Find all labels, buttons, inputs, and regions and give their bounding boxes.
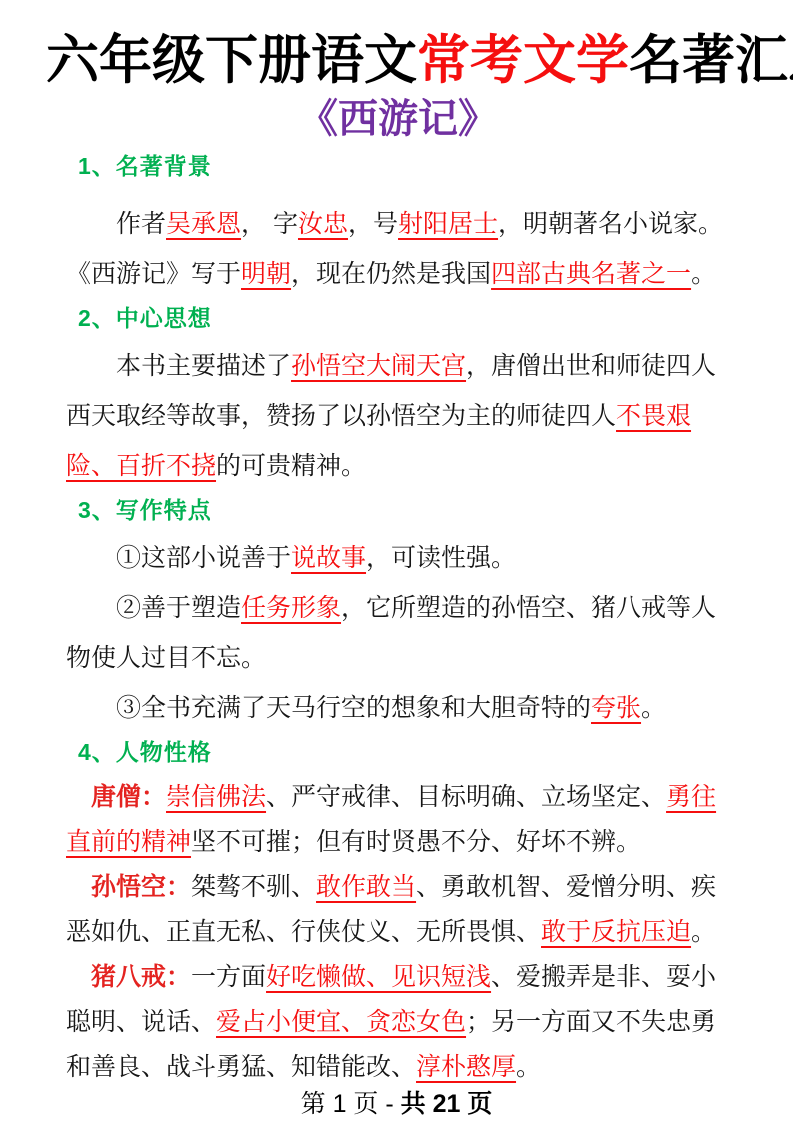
body-text: 一方面: [191, 963, 266, 991]
highlight-underline-text: 汝忠: [298, 210, 348, 238]
title-segment: 名著汇总: [629, 31, 793, 90]
footer-page-label: 第 1 页 -: [301, 1090, 401, 1118]
body-text: ，可读性强。: [366, 544, 516, 572]
body-text: 桀骜不驯、: [191, 873, 316, 901]
title-segment: 六年级下册语文: [46, 31, 417, 90]
book-title: 《西游记》: [66, 95, 730, 143]
character-name-label: 唐僧：: [91, 783, 166, 811]
section-heading: 3、写作特点: [78, 495, 730, 525]
paragraph: 作者吴承恩， 字汝忠，号射阳居士，明朝著名小说家。《西游记》写于明朝，现在仍然是…: [66, 199, 730, 299]
body-text: ①这部小说善于: [116, 544, 291, 572]
worksheet-page: 六年级下册语文常考文学名著汇总 《西游记》 1、名著背景作者吴承恩， 字汝忠，号…: [0, 0, 793, 1122]
body-text: ②善于塑造: [116, 594, 241, 622]
body-text: 的可贵精神。: [216, 452, 366, 480]
section-heading: 1、名著背景: [78, 151, 730, 181]
character-name-label: 猪八戒：: [91, 963, 191, 991]
body-text: ，现在仍然是我国: [291, 260, 491, 288]
highlight-underline-text: 吴承恩: [166, 210, 241, 238]
body-text: ， 字: [241, 210, 298, 238]
paragraph: ①这部小说善于说故事，可读性强。: [66, 533, 730, 583]
highlight-underline-text: 爱占小便宜、贪恋女色: [216, 1008, 466, 1036]
paragraph: 猪八戒：一方面好吃懒做、见识短浅、爱搬弄是非、耍小聪明、说话、爱占小便宜、贪恋女…: [66, 955, 730, 1090]
body-text: 坚不可摧；但有时贤愚不分、好坏不辨。: [191, 828, 641, 856]
highlight-underline-text: 任务形象: [241, 594, 341, 622]
highlight-underline-text: 明朝: [241, 260, 291, 288]
character-name-label: 孙悟空：: [91, 873, 191, 901]
highlight-underline-text: 敢作敢当: [316, 873, 416, 901]
paragraph: ②善于塑造任务形象，它所塑造的孙悟空、猪八戒等人物使人过目不忘。: [66, 583, 730, 683]
section-heading: 4、人物性格: [78, 737, 730, 767]
footer-total-label: 共 21 页: [401, 1090, 493, 1118]
highlight-underline-text: 孙悟空大闹天宫: [291, 352, 466, 380]
title-segment: 常考文学: [417, 31, 629, 90]
highlight-underline-text: 好吃懒做、见识短浅: [266, 963, 491, 991]
sections-container: 1、名著背景作者吴承恩， 字汝忠，号射阳居士，明朝著名小说家。《西游记》写于明朝…: [66, 151, 730, 1090]
body-text: 。: [691, 260, 716, 288]
highlight-underline-text: 四部古典名著之一: [491, 260, 691, 288]
body-text: 。: [691, 918, 716, 946]
section-heading: 2、中心思想: [78, 303, 730, 333]
section: 2、中心思想本书主要描述了孙悟空大闹天宫，唐僧出世和师徒四人西天取经等故事，赞扬…: [66, 303, 730, 491]
body-text: 作者: [116, 210, 166, 238]
paragraph: 唐僧：崇信佛法、严守戒律、目标明确、立场坚定、勇往直前的精神坚不可摧；但有时贤愚…: [66, 775, 730, 865]
section: 4、人物性格唐僧：崇信佛法、严守戒律、目标明确、立场坚定、勇往直前的精神坚不可摧…: [66, 737, 730, 1090]
section: 1、名著背景作者吴承恩， 字汝忠，号射阳居士，明朝著名小说家。《西游记》写于明朝…: [66, 151, 730, 299]
paragraph: 孙悟空：桀骜不驯、敢作敢当、勇敢机智、爱憎分明、疾恶如仇、正直无私、行侠仗义、无…: [66, 865, 730, 955]
paragraph: ③全书充满了天马行空的想象和大胆奇特的夸张。: [66, 683, 730, 733]
paragraph: 本书主要描述了孙悟空大闹天宫，唐僧出世和师徒四人西天取经等故事，赞扬了以孙悟空为…: [66, 341, 730, 491]
highlight-underline-text: 射阳居士: [398, 210, 498, 238]
highlight-underline-text: 说故事: [291, 544, 366, 572]
body-text: 、严守戒律、目标明确、立场坚定、: [266, 783, 666, 811]
highlight-underline-text: 崇信佛法: [166, 783, 266, 811]
highlight-underline-text: 夸张: [591, 694, 641, 722]
section: 3、写作特点①这部小说善于说故事，可读性强。②善于塑造任务形象，它所塑造的孙悟空…: [66, 495, 730, 733]
body-text: 。: [641, 694, 666, 722]
body-text: 。: [516, 1053, 541, 1081]
page-title: 六年级下册语文常考文学名著汇总: [46, 30, 750, 91]
highlight-underline-text: 淳朴憨厚: [416, 1053, 516, 1081]
highlight-underline-text: 敢于反抗压迫: [541, 918, 691, 946]
body-text: 本书主要描述了: [116, 352, 291, 380]
page-footer: 第 1 页 - 共 21 页: [0, 1090, 793, 1118]
body-text: ，号: [348, 210, 398, 238]
body-text: ③全书充满了天马行空的想象和大胆奇特的: [116, 694, 591, 722]
